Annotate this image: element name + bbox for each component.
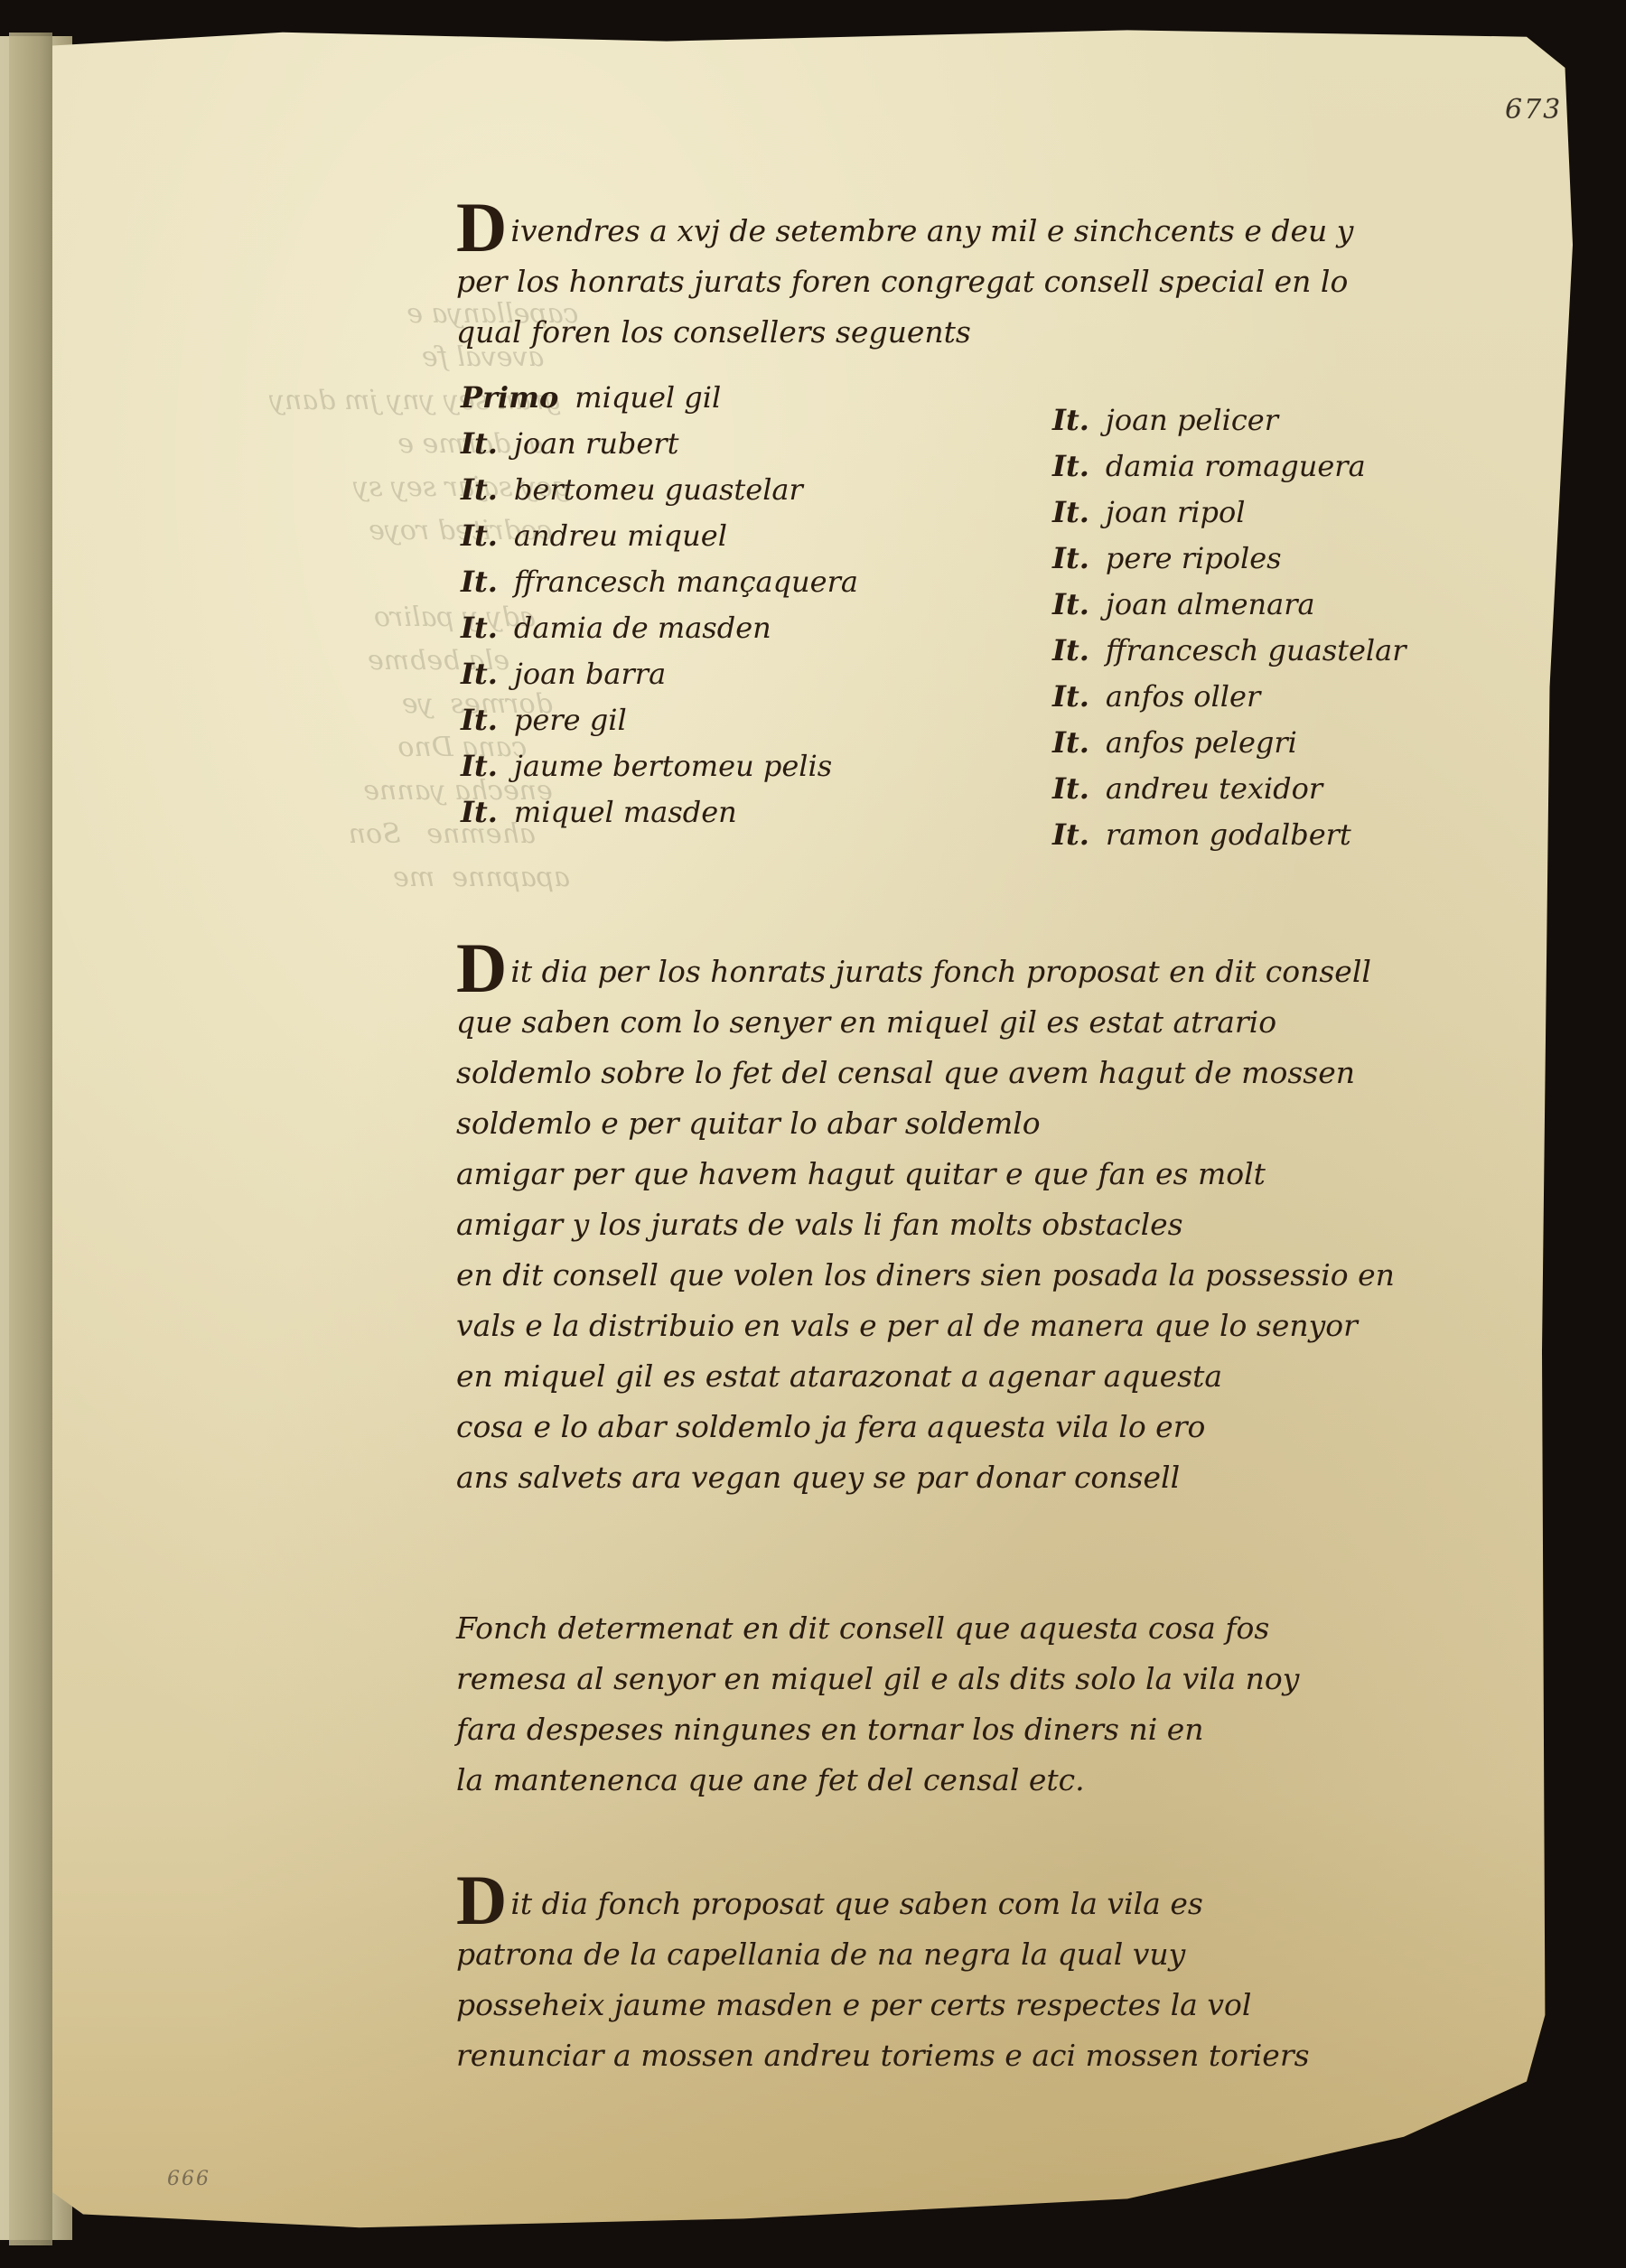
entry-chaplaincy: D it dia fonch proposat que saben com la… [456, 1879, 1310, 2081]
entry-line: amigar y los jurats de vals li fan molts… [456, 1199, 1395, 1250]
entry-line: renunciar a mossen andreu toriems e aci … [456, 2030, 1310, 2081]
attendee-row: It.damia romaguera [1052, 443, 1406, 490]
binding-gutter [9, 33, 52, 2245]
entry-line: soldemlo e per quitar lo abar soldemlo [456, 1098, 1395, 1149]
entry-proposal: D it dia per los honrats jurats fonch pr… [456, 947, 1395, 1503]
entry-line: qual foren los consellers seguents [456, 307, 1348, 358]
entry-line: ivendres a xvj de setembre any mil e sin… [456, 206, 1348, 257]
attendee-row: It.ramon godalbert [1052, 812, 1406, 858]
drop-initial: D [456, 1873, 507, 1927]
folio-number: 673 [1505, 94, 1562, 126]
entry-line: soldemlo sobre lo fet del censal que ave… [456, 1048, 1395, 1098]
entry-line: posseheix jaume masden e per certs respe… [456, 1980, 1310, 2030]
entry-line: Fonch determenat en dit consell que aque… [456, 1603, 1299, 1654]
attendee-list-right: It.joan pelicer It.damia romaguera It.jo… [1052, 397, 1406, 858]
entry-line: per los honrats jurats foren congregat c… [456, 257, 1348, 307]
attendee-row: It.andreu texidor [1052, 766, 1406, 812]
entry-header: D ivendres a xvj de setembre any mil e s… [456, 206, 1348, 358]
attendee-row: Primomiquel gil [461, 375, 858, 421]
attendee-row: It.damia de masden [461, 605, 858, 651]
entry-line: que saben com lo senyer en miquel gil es… [456, 997, 1395, 1048]
attendee-row: It.pere ripoles [1052, 536, 1406, 582]
attendee-row: It.ffrancesch mançaquera [461, 559, 858, 605]
attendee-row: It.anfos oller [1052, 674, 1406, 720]
entry-line: cosa e lo abar soldemlo ja fera aquesta … [456, 1402, 1395, 1452]
attendee-row: It.joan barra [461, 651, 858, 697]
entry-line: amigar per que havem hagut quitar e que … [456, 1149, 1395, 1199]
entry-line: ans salvets ara vegan quey se par donar … [456, 1452, 1395, 1503]
entry-determination: Fonch determenat en dit consell que aque… [456, 1603, 1299, 1806]
attendee-row: It.ffrancesch guastelar [1052, 628, 1406, 674]
attendee-row: It.jaume bertomeu pelis [461, 743, 858, 789]
entry-line: en dit consell que volen los diners sien… [456, 1250, 1395, 1301]
entry-line: fara despeses ningunes en tornar los din… [456, 1704, 1299, 1755]
entry-line: vals e la distribuio en vals e per al de… [456, 1301, 1395, 1351]
attendee-list-left: Primomiquel gil It.joan rubert It.bertom… [461, 375, 858, 835]
attendee-row: It.bertomeu guastelar [461, 467, 858, 513]
entry-line: it dia fonch proposat que saben com la v… [456, 1879, 1310, 1929]
entry-line: remesa al senyor en miquel gil e als dit… [456, 1654, 1299, 1704]
entry-line: patrona de la capellania de na negra la … [456, 1929, 1310, 1980]
entry-line: it dia per los honrats jurats fonch prop… [456, 947, 1395, 997]
old-folio-mark: 666 [167, 2168, 210, 2190]
attendee-row: It.joan almenara [1052, 582, 1406, 628]
attendee-row: It.andreu miquel [461, 513, 858, 559]
attendee-row: It.joan ripol [1052, 490, 1406, 536]
attendee-row: It.pere gil [461, 697, 858, 743]
attendee-row: It.anfos pelegri [1052, 720, 1406, 766]
entry-line: la mantenenca que ane fet del censal etc… [456, 1755, 1299, 1806]
drop-initial: D [456, 941, 507, 995]
drop-initial: D [456, 201, 507, 255]
attendee-row: It.miquel masden [461, 789, 858, 835]
entry-line: en miquel gil es estat atarazonat a agen… [456, 1351, 1395, 1402]
attendee-row: It.joan rubert [461, 421, 858, 467]
attendee-row: It.joan pelicer [1052, 397, 1406, 443]
